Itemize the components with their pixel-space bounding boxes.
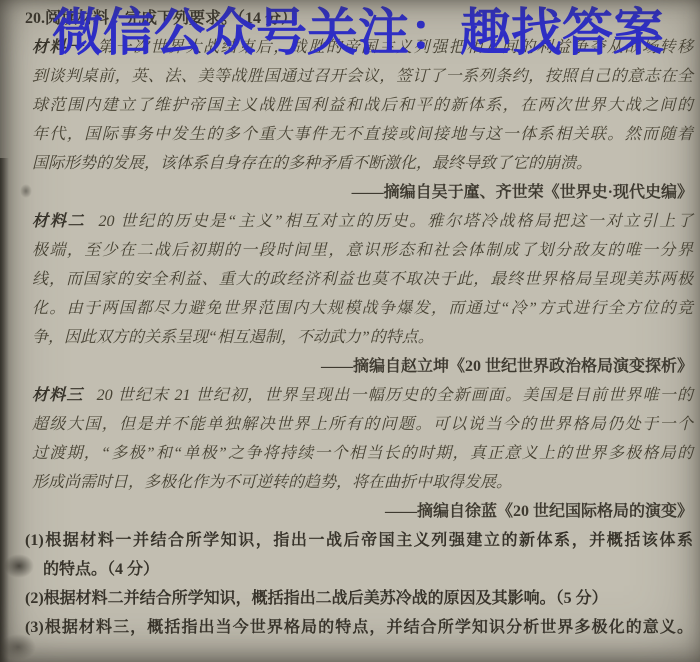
material2-first-line-text: 20 世纪的历史是“主义”相互对立的历史。雅尔塔冷战格局把这一对立引上了 [99,213,693,230]
material2-source-citation: ——摘编自赵立坤《20 世纪世界政治格局演变探析》 [32,352,693,381]
material2-line-1: 材料二20 世纪的历史是“主义”相互对立的历史。雅尔塔冷战格局把这一对立引上了 [32,207,693,236]
material2-label: 材料二 [32,213,86,230]
material3-line-4: 形成尚需时日，多极化作为不可逆转的趋势，将在曲折中取得发展。 [32,468,693,497]
material1-line-2: 到谈判桌前，英、法、美等战胜国通过召开会议，签订了一系列条约，按照自己的意志在全 [32,62,693,91]
sub-question-1-line-2: 的特点。（4 分） [43,555,693,584]
material2-line-5: 争，因此双方的关系呈现“相互遏制，不动武力”的特点。 [32,323,693,352]
material3-label: 材料三 [32,387,84,404]
sub-question-3: (3)根据材料三，概括指出当今世界格局的特点，并结合所学知识分析世界多极化的意义… [25,613,693,642]
question-number-heading: 20.阅读材料，完成下列要求。（14 分） [25,4,693,33]
scanned-exam-page: 20.阅读材料，完成下列要求。（14 分） 材料一第一次世界大战结束后，战胜的帝… [0,0,700,662]
page-left-edge-shadow [0,158,9,662]
material1-line-4: 年代，国际事务中发生的多个重大事件无不直接或间接地与这一体系相关联。然而随着 [32,120,693,149]
sub-question-1-line-1: (1)根据材料一并结合所学知识，指出一战后帝国主义列强建立的新体系，并概括该体系 [25,526,693,555]
sub-question-2: (2)根据材料二并结合所学知识，概括指出二战后美苏冷战的原因及其影响。（5 分） [25,584,693,613]
material1-source-citation: ——摘编自吴于廑、齐世荣《世界史·现代史编》 [32,178,693,207]
material1-line-5: 国际形势的发展，该体系自身存在的多种矛盾不断激化，最终导致了它的崩溃。 [32,149,693,178]
scan-smudge [0,634,36,660]
material3-first-line-text: 20 世纪末 21 世纪初，世界呈现出一幅历史的全新画面。美国是目前世界唯一的 [97,387,693,404]
material2-line-4: 化。由于两国都尽力避免世界范围内大规模战争爆发，而通过“冷”方式进行全方位的竞 [32,294,693,323]
material3-source-citation: ——摘编自徐蓝《20 世纪国际格局的演变》 [32,497,693,526]
material2-line-3: 线，而国家的安全利益、重大的政经济利益也莫不取决于此，最终世界格局呈现美苏两极 [32,265,693,294]
scan-smudge [20,184,32,198]
material3-line-3: 过渡期，“多极”和“单极”之争将持续一个相当长的时期，真正意义上的世界多极格局的 [32,439,693,468]
exam-question-block: 20.阅读材料，完成下列要求。（14 分） 材料一第一次世界大战结束后，战胜的帝… [32,4,693,642]
material1-line-3: 球范围内建立了维护帝国主义战胜国利益和战后和平的新体系，在两次世界大战之间的 [32,91,693,120]
material2-line-2: 极端，至少在二战后初期的一段时间里，意识形态和社会体制成了划分敌友的唯一分界 [32,236,693,265]
material1-label: 材料一 [32,39,85,56]
material3-line-2: 超级大国，但是并不能单独解决世界上所有的问题。可以说当今的世界格局仍处于一个 [32,410,693,439]
material1-line-1: 材料一第一次世界大战结束后，战胜的帝国主义列强把相互间的利益争夺从战场转移 [32,33,693,62]
scan-smudge [4,554,34,578]
material1-first-line-text: 第一次世界大战结束后，战胜的帝国主义列强把相互间的利益争夺从战场转移 [98,39,693,56]
material3-line-1: 材料三20 世纪末 21 世纪初，世界呈现出一幅历史的全新画面。美国是目前世界唯… [32,381,693,410]
